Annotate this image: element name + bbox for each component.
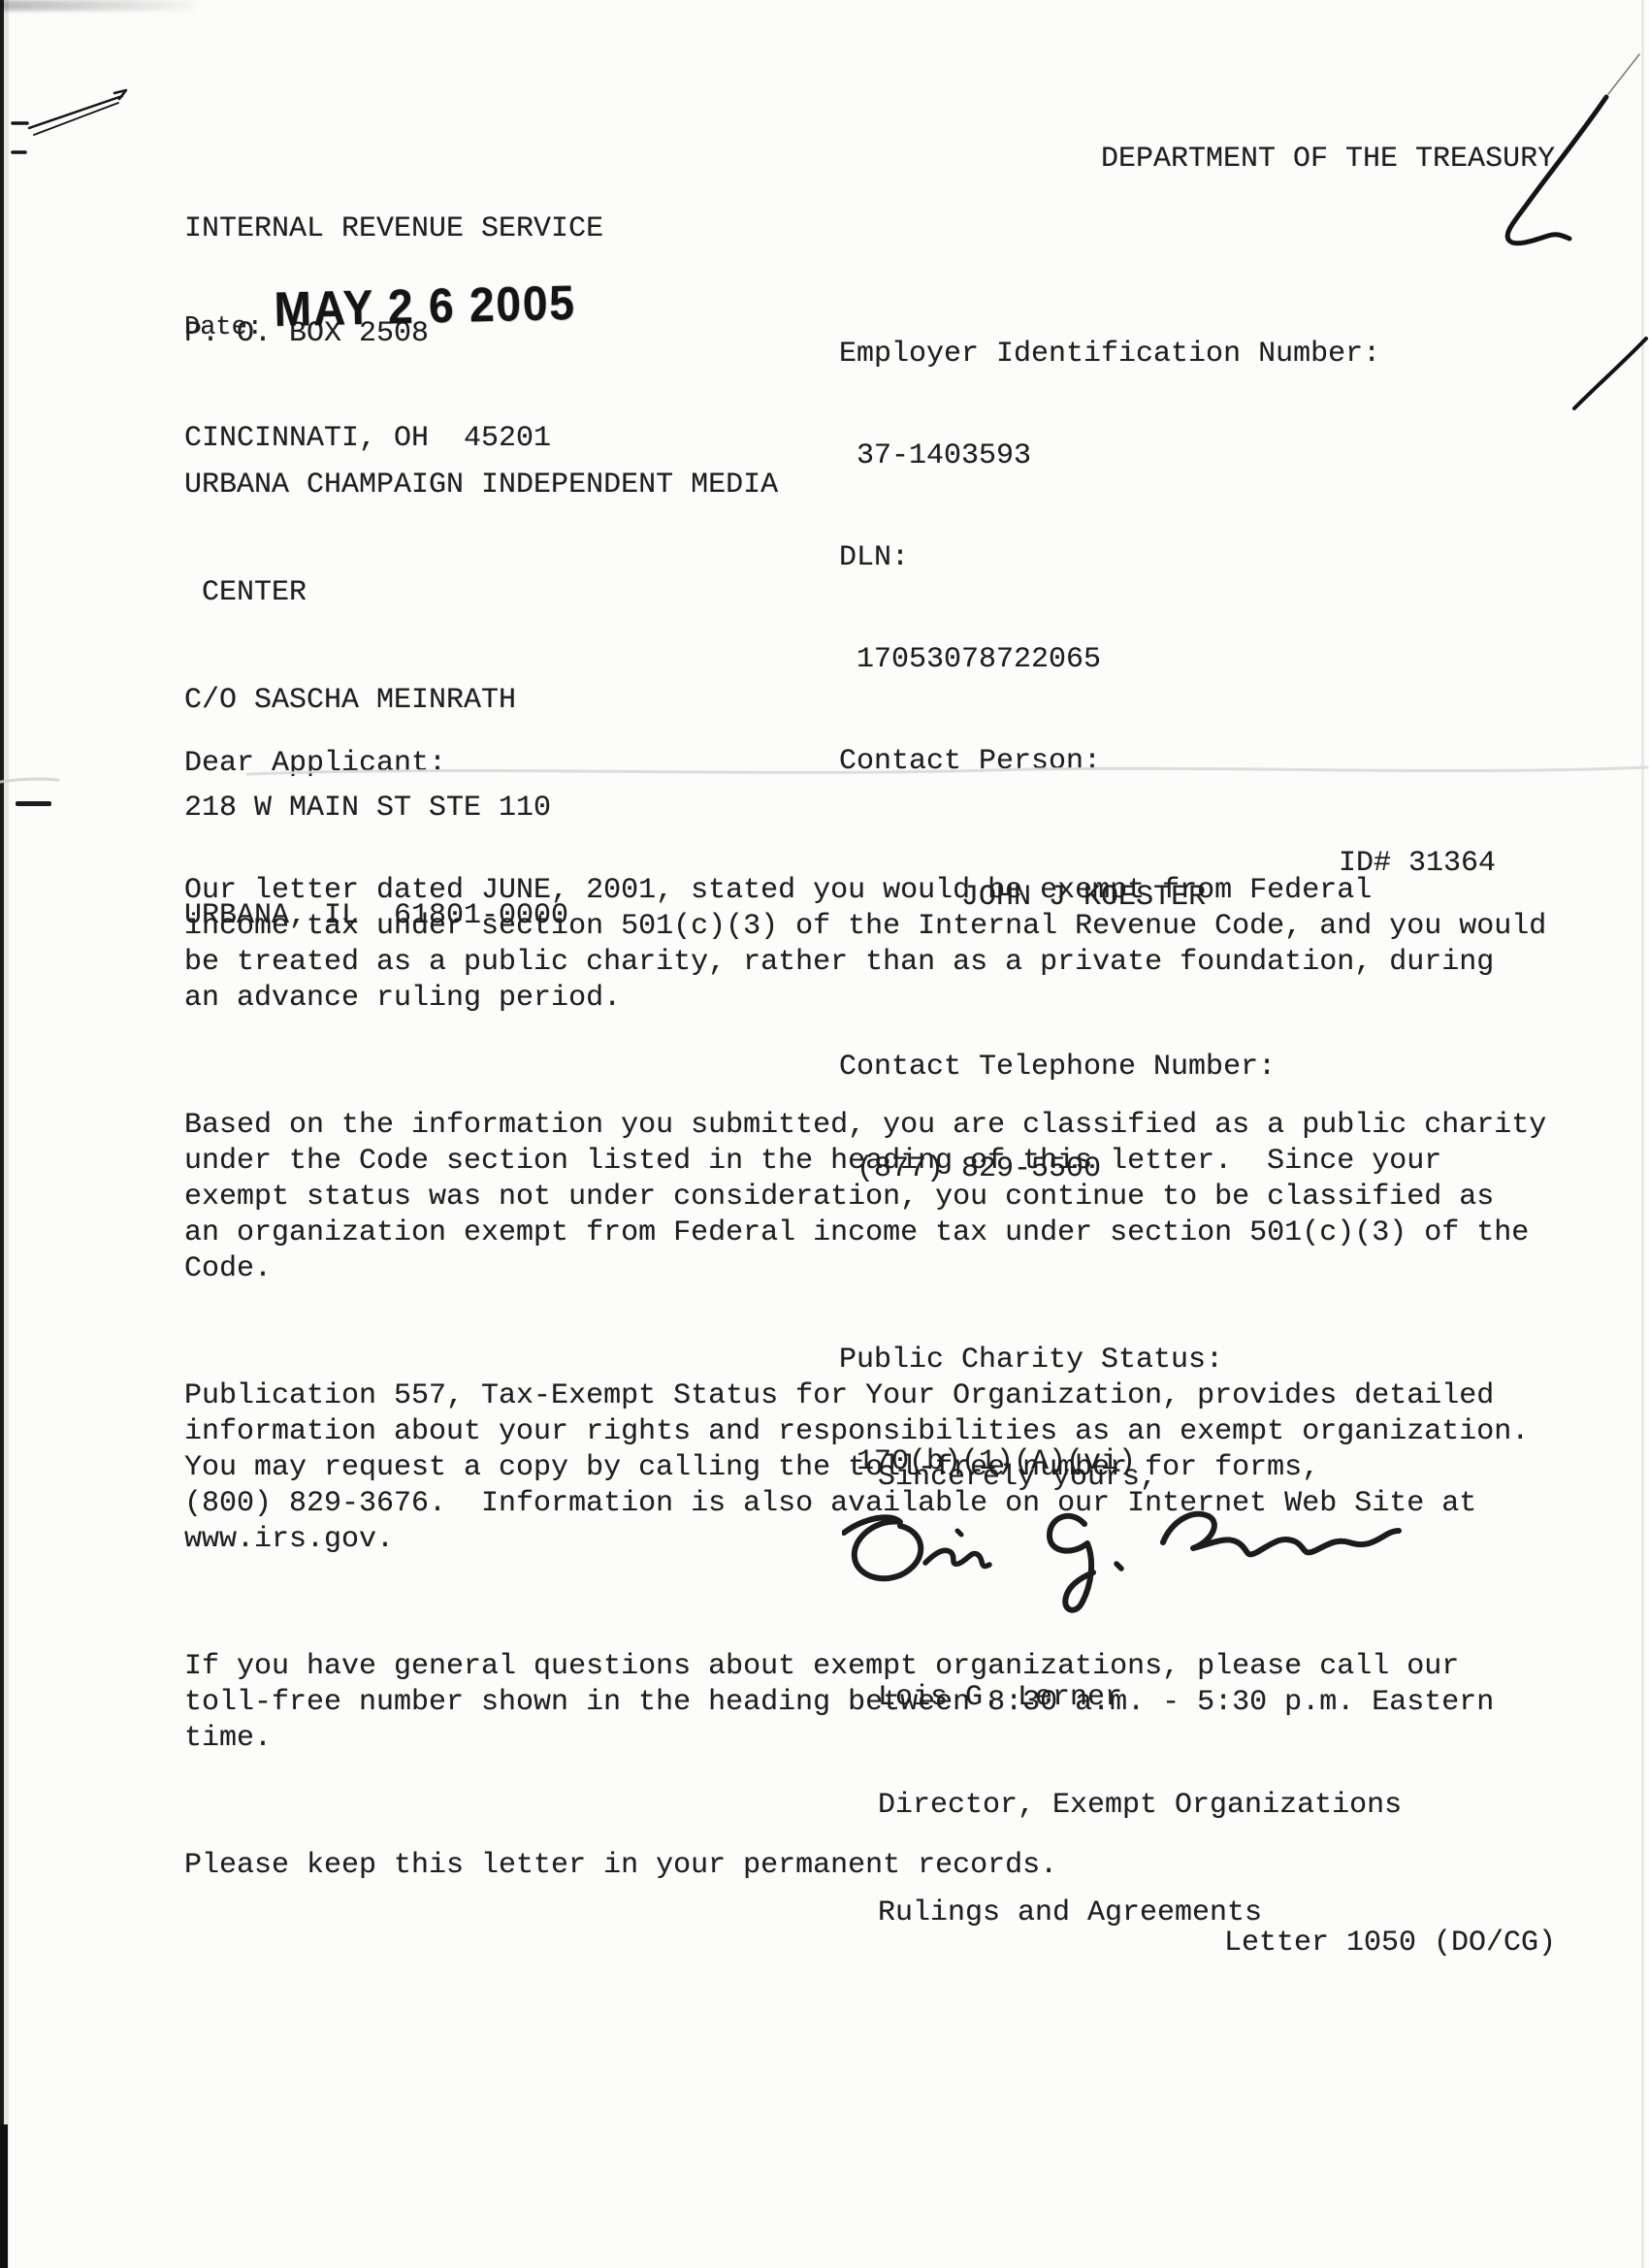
pen-dash-left-margin	[16, 801, 51, 806]
dln-value: 17053078722065	[839, 643, 1557, 677]
footer-letter-number: Letter 1050 (DO/CG)	[1224, 1926, 1556, 1961]
ein-label: Employer Identification Number:	[839, 338, 1557, 372]
scanned-letter-page: INTERNAL REVENUE SERVICE P. O. BOX 2508 …	[0, 0, 1649, 2268]
right-edge-scan-line	[1641, 0, 1644, 2268]
pen-mark-right-edge	[1574, 339, 1646, 408]
paragraph: Based on the information you submitted, …	[184, 1108, 1610, 1287]
recipient-line: URBANA CHAMPAIGN INDEPENDENT MEDIA	[184, 468, 778, 503]
left-edge-scan-shadow	[4, 0, 9, 2268]
scan-corner-smudge	[0, 0, 194, 11]
sender-line: INTERNAL REVENUE SERVICE	[184, 211, 603, 246]
salutation: Dear Applicant:	[184, 746, 1610, 782]
signer-name: Lois G. Lerner	[878, 1680, 1402, 1716]
pen-mark-top-left	[13, 90, 126, 152]
scan-streak-left	[0, 779, 58, 782]
signer-title-line1: Director, Exempt Organizations	[878, 1788, 1402, 1824]
date-label: Date:	[184, 310, 263, 346]
paragraph: Our letter dated JUNE, 2001, stated you …	[184, 873, 1610, 1017]
dln-label: DLN:	[839, 541, 1557, 575]
department-title: DEPARTMENT OF THE TREASURY	[1101, 142, 1555, 178]
left-edge-scan-line-bottom	[0, 2124, 8, 2268]
date-stamp: MAY 2 6 2005	[274, 275, 576, 338]
valediction: Sincerely yours,	[878, 1460, 1157, 1496]
recipient-line: CENTER	[184, 575, 778, 611]
ein-value: 37-1403593	[839, 439, 1557, 473]
signature-scrawl-image	[842, 1502, 1403, 1626]
